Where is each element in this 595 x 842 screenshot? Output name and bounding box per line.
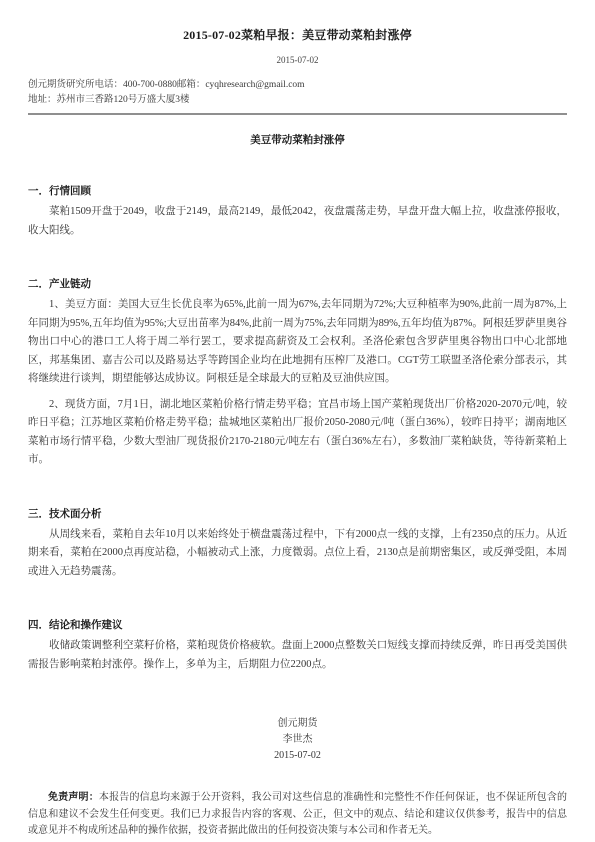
section-heading: 四．结论和操作建议	[28, 617, 567, 632]
signature-author: 李世杰	[28, 732, 567, 748]
address-line: 地址：苏州市三香路120号万盛大厦3楼	[28, 93, 567, 108]
signature-block: 创元期货 李世杰 2015-07-02	[28, 716, 567, 764]
section-heading: 一．行情回顾	[28, 183, 567, 198]
signature-date: 2015-07-02	[28, 748, 567, 764]
report-title: 2015-07-02菜粕早报：美豆带动菜粕封涨停	[28, 26, 567, 43]
section-heading: 三．技术面分析	[28, 506, 567, 521]
contact-line: 创元期货研究所电话：400-700-0880邮箱：cyqhresearch@gm…	[28, 78, 567, 93]
section-technical-analysis: 三．技术面分析 从周线来看，菜粕自去年10月以来始终处于横盘震荡过程中，下有20…	[28, 506, 567, 582]
disclaimer-label: 免责声明：	[48, 792, 99, 803]
section-paragraph: 收储政策调整利空菜籽价格，菜粕现货价格疲软。盘面上2000点整数关口短线支撑而持…	[28, 637, 567, 674]
header-contact-block: 创元期货研究所电话：400-700-0880邮箱：cyqhresearch@gm…	[28, 78, 567, 108]
section-paragraph: 菜粕1509开盘于2049，收盘于2149，最高2149，最低2042，夜盘震荡…	[28, 203, 567, 240]
report-subtitle: 美豆带动菜粕封涨停	[28, 132, 567, 147]
section-paragraph: 从周线来看，菜粕自去年10月以来始终处于横盘震荡过程中，下有2000点一线的支撑…	[28, 526, 567, 582]
report-page: 2015-07-02菜粕早报：美豆带动菜粕封涨停 2015-07-02 创元期货…	[0, 0, 595, 842]
section-paragraph: 2、现货方面，7月1日，湖北地区菜粕价格行情走势平稳；宜昌市场上国产菜粕现货出厂…	[28, 396, 567, 470]
header-divider	[28, 113, 567, 115]
report-date: 2015-07-02	[28, 55, 567, 65]
section-market-review: 一．行情回顾 菜粕1509开盘于2049，收盘于2149，最高2149，最低20…	[28, 183, 567, 240]
disclaimer-text: 本报告的信息均来源于公开资料，我公司对这些信息的准确性和完整性不作任何保证，也不…	[28, 792, 567, 836]
signature-company: 创元期货	[28, 716, 567, 732]
section-industry-linkage: 二．产业链动 1、美豆方面：美国大豆生长优良率为65%,此前一周为67%,去年同…	[28, 276, 567, 470]
section-heading: 二．产业链动	[28, 276, 567, 291]
section-paragraph: 1、美豆方面：美国大豆生长优良率为65%,此前一周为67%,去年同期为72%;大…	[28, 296, 567, 389]
section-conclusion-advice: 四．结论和操作建议 收储政策调整利空菜籽价格，菜粕现货价格疲软。盘面上2000点…	[28, 617, 567, 674]
disclaimer: 免责声明：本报告的信息均来源于公开资料，我公司对这些信息的准确性和完整性不作任何…	[28, 790, 567, 840]
